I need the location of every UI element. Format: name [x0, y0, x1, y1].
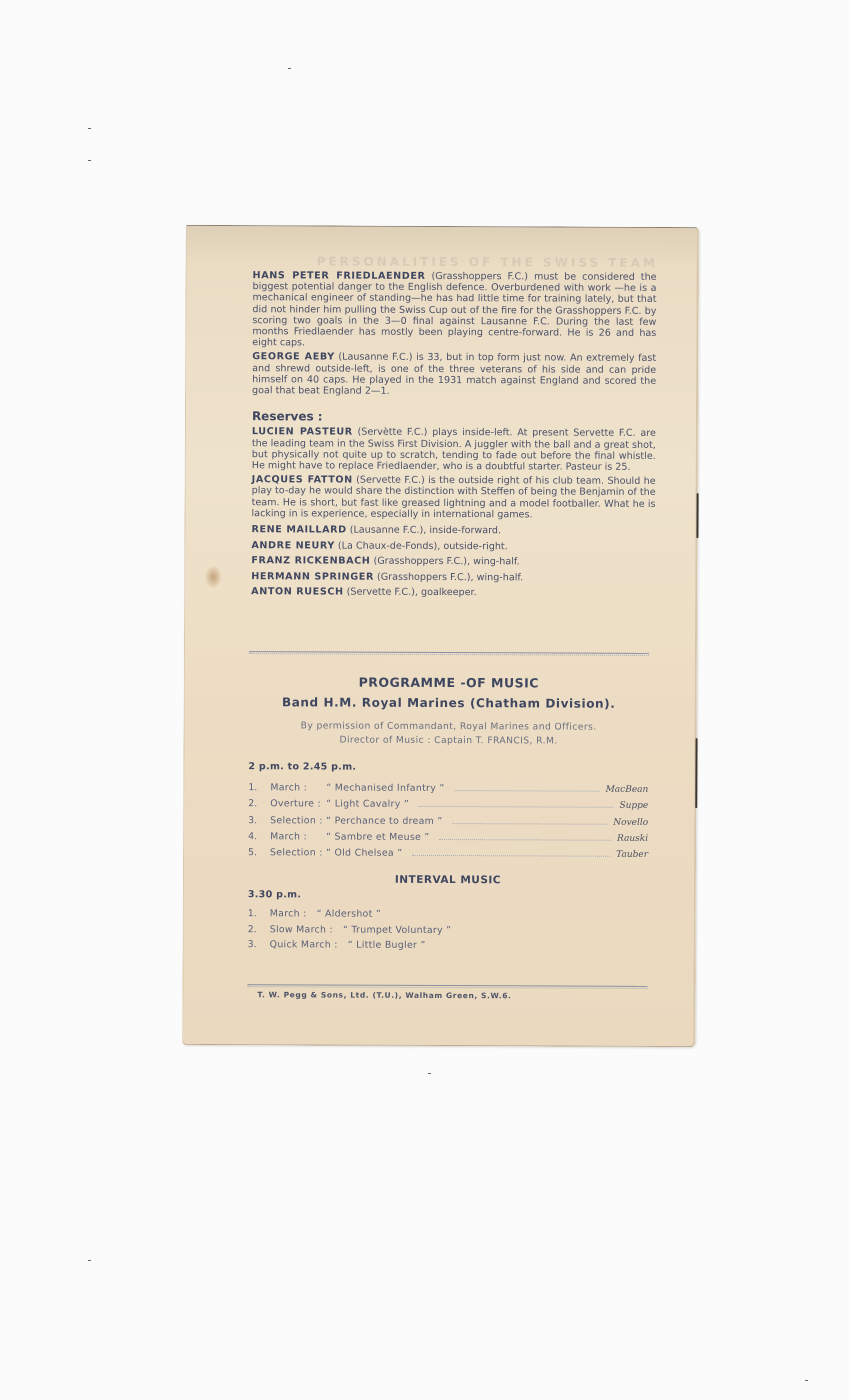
interval-time: 3.30 p.m.	[248, 890, 648, 903]
dust-speck	[88, 160, 91, 161]
player-name: FRANZ RICKENBACH	[251, 555, 370, 567]
dust-speck	[288, 68, 291, 69]
interval-item: 3. Quick March : “ Little Bugler ”	[248, 937, 648, 954]
item-number: 3.	[248, 813, 270, 828]
printer-imprint: T. W. Pegg & Sons, Ltd. (T.U.), Walham G…	[257, 990, 511, 1000]
dotted-leader	[419, 805, 613, 808]
reserves-heading: Reserves :	[252, 411, 656, 424]
programme-item: 1. March : “ Mechanised Infantry ” MacBe…	[248, 780, 648, 798]
dust-speck	[88, 1260, 91, 1261]
dotted-leader	[453, 822, 608, 825]
item-kind: March :	[270, 780, 326, 796]
item-piece: “ Little Bugler ”	[348, 938, 426, 954]
item-composer: MacBean	[606, 783, 649, 798]
dust-speck	[805, 1380, 808, 1381]
player-name: HANS PETER FRIEDLAENDER	[253, 270, 426, 282]
item-composer: Novello	[613, 815, 648, 830]
player-role: (La Chaux-de-Fonds), outside-right.	[335, 540, 508, 552]
staple-edge-mark	[695, 738, 697, 808]
reserve-paragraph: LUCIEN PASTEUR (Servètte F.C.) plays ins…	[252, 427, 656, 474]
reserve-line: FRANZ RICKENBACH (Grasshoppers F.C.), wi…	[251, 553, 655, 570]
players-section: HANS PETER FRIEDLAENDER (Grasshoppers F.…	[251, 270, 656, 601]
programme-item: 3. Selection : “ Perchance to dream ” No…	[248, 813, 648, 831]
item-kind: Selection :	[270, 813, 326, 829]
player-name: JACQUES FATTON	[252, 474, 353, 485]
interval-item: 2. Slow March : “ Trumpet Voluntary ”	[248, 922, 648, 939]
player-description: (Grasshoppers F.C.) must be considered t…	[252, 271, 656, 349]
interval-music-title: INTERVAL MUSIC	[248, 874, 648, 888]
permission-line: By permission of Commandant, Royal Marin…	[249, 719, 649, 735]
item-composer: Rauski	[617, 832, 648, 847]
item-kind: March :	[270, 829, 326, 845]
item-number: 2.	[248, 922, 270, 937]
dust-speck	[88, 128, 91, 129]
item-kind: Slow March :	[270, 922, 333, 938]
item-number: 5.	[248, 845, 270, 860]
reserve-paragraph: JACQUES FATTON (Servette F.C.) is the ou…	[252, 474, 656, 521]
item-number: 1.	[248, 780, 270, 795]
session-time: 2 p.m. to 2.45 p.m.	[248, 761, 648, 774]
player-name: LUCIEN PASTEUR	[252, 427, 353, 438]
band-title: Band H.M. Royal Marines (Chatham Divisio…	[249, 695, 649, 711]
programme-item: 2. Overture : “ Light Cavalry ” Suppe	[248, 796, 648, 814]
player-role: (Grasshoppers F.C.), wing-half.	[370, 556, 519, 568]
programme-item: 4. March : “ Sambre et Meuse ” Rauski	[248, 829, 648, 847]
player-paragraph: GEORGE AEBY (Lausanne F.C.) is 33, but i…	[252, 352, 656, 399]
director-line: Director of Music : Captain T. FRANCIS, …	[249, 733, 649, 749]
player-name: RENE MAILLARD	[251, 524, 346, 535]
item-number: 1.	[248, 907, 270, 922]
item-piece: “ Trumpet Voluntary ”	[343, 922, 451, 938]
reserve-line: ANDRE NEURY (La Chaux-de-Fonds), outside…	[251, 538, 655, 555]
item-number: 3.	[248, 937, 270, 952]
item-composer: Suppe	[619, 799, 648, 814]
item-piece: “ Sambre et Meuse ”	[326, 829, 430, 845]
item-kind: Quick March :	[270, 937, 338, 953]
programme-item: 5. Selection : “ Old Chelsea ” Tauber	[248, 845, 648, 863]
item-kind: March :	[270, 907, 307, 922]
dust-speck	[428, 1073, 431, 1074]
music-programme-section: PROGRAMME -OF MUSIC Band H.M. Royal Mari…	[248, 674, 649, 954]
reserve-line: ANTON RUESCH (Servette F.C.), goalkeeper…	[251, 584, 655, 601]
dotted-leader	[412, 854, 610, 857]
item-piece: “ Mechanised Infantry ”	[326, 781, 444, 797]
programme-page: PERSONALITIES OF THE SWISS TEAM HANS PET…	[182, 225, 699, 1047]
player-name: ANTON RUESCH	[251, 586, 343, 597]
reserve-line: RENE MAILLARD (Lausanne F.C.), inside-fo…	[251, 522, 655, 539]
dotted-leader	[440, 838, 611, 841]
player-name: GEORGE AEBY	[252, 352, 335, 363]
item-piece: “ Aldershot ”	[317, 907, 381, 923]
item-composer: Tauber	[616, 848, 648, 863]
item-number: 2.	[248, 796, 270, 811]
staple-edge-mark	[696, 493, 698, 538]
item-piece: “ Perchance to dream ”	[326, 813, 442, 829]
item-piece: “ Light Cavalry ”	[326, 797, 409, 813]
interval-item: 1. March : “ Aldershot ”	[248, 907, 648, 924]
player-role: (Servette F.C.), goalkeeper.	[344, 587, 477, 599]
player-paragraph: HANS PETER FRIEDLAENDER (Grasshoppers F.…	[252, 270, 656, 350]
item-piece: “ Old Chelsea ”	[326, 846, 402, 862]
player-name: HERMANN SPRINGER	[251, 571, 374, 583]
player-role: (Lausanne F.C.), inside-forward.	[347, 525, 501, 537]
item-kind: Overture :	[270, 797, 326, 813]
item-kind: Selection :	[270, 845, 326, 861]
divider-rule	[249, 651, 649, 656]
reserve-line: HERMANN SPRINGER (Grasshoppers F.C.), wi…	[251, 569, 655, 586]
player-role: (Grasshoppers F.C.), wing-half.	[374, 571, 523, 583]
player-name: ANDRE NEURY	[251, 540, 335, 551]
paper-stain	[205, 566, 221, 588]
divider-rule	[247, 984, 647, 989]
dotted-leader	[455, 789, 600, 792]
item-number: 4.	[248, 829, 270, 844]
bleed-through-heading: PERSONALITIES OF THE SWISS TEAM	[317, 254, 658, 269]
music-programme-title: PROGRAMME -OF MUSIC	[249, 674, 649, 691]
